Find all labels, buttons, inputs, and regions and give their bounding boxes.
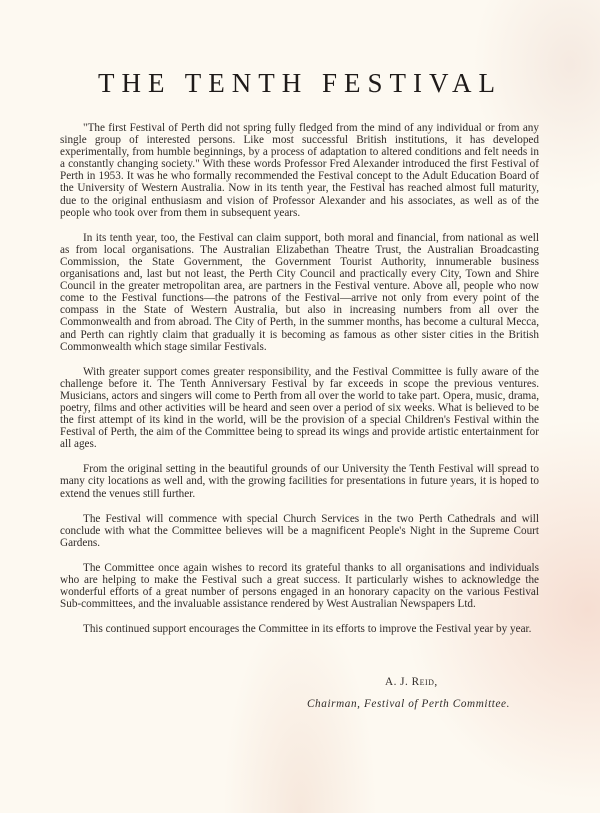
paragraph-support: In its tenth year, too, the Festival can… [60, 232, 539, 353]
paragraph-responsibility: With greater support comes greater respo… [60, 366, 539, 451]
paragraph-history: "The first Festival of Perth did not spr… [60, 122, 539, 219]
paragraph-thanks: The Committee once again wishes to recor… [60, 562, 539, 610]
document-title: THE TENTH FESTIVAL [0, 68, 600, 99]
signature-name: A. J. Reid, [385, 676, 438, 688]
paragraph-services: The Festival will commence with special … [60, 513, 539, 549]
paragraph-closing: This continued support encourages the Co… [60, 623, 539, 635]
signature-initials: A. J. [385, 676, 408, 688]
paragraph-venues: From the original setting in the beautif… [60, 463, 539, 499]
document-page: THE TENTH FESTIVAL "The first Festival o… [0, 0, 600, 813]
signature-comma: , [434, 676, 437, 688]
signature-title: Chairman, Festival of Perth Committee. [307, 698, 510, 710]
document-body: "The first Festival of Perth did not spr… [60, 122, 539, 648]
signature-surname: Reid [412, 676, 435, 688]
